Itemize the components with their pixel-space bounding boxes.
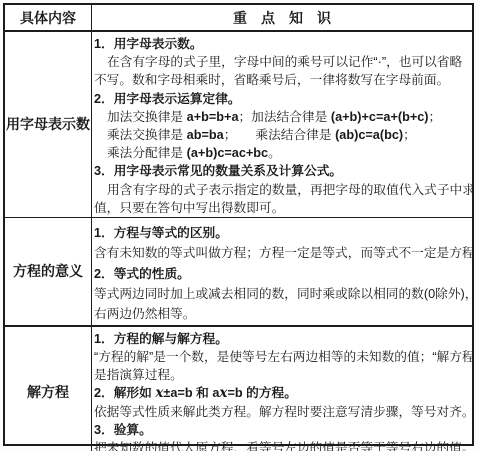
section-content: 1．方程的解与解方程。“方程的解”是一个数，是使等号左右两边相等的未知数的值；“…: [92, 327, 472, 451]
text-line: 乘法交换律是 ab=ba； 乘法结合律是 (ab)c=a(bc)；: [94, 126, 471, 144]
bold-text: a+b=b+a: [187, 110, 239, 124]
bold-text: ab=ba: [187, 128, 224, 142]
body-text: 在含有字母的式子里，字母中间的乘号可以记作“·”，也可以省略: [107, 55, 462, 69]
body-text: 把未知数的值代人原方程，看等号左边的值是否等于等号右边的值。: [94, 441, 472, 451]
header-specific-content: 具体内容: [5, 5, 92, 30]
text-line: 2．解形如 x±a=b 和 ax=b 的方程。: [94, 384, 471, 402]
body-text: 不写。数和字母相乘时，省略乘号后，一律将数写在字母前面。: [94, 73, 449, 87]
text-line: 用含有字母的式子表示指定的数量，再把字母的取值代入式子中求: [94, 181, 471, 199]
text-line: 1．方程的解与解方程。: [94, 330, 471, 348]
bold-text: 1．方程的解与解方程。: [94, 332, 228, 346]
body-text: ；: [403, 128, 416, 142]
text-line: 乘法分配律是 (a+b)c=ac+bc。: [94, 144, 471, 162]
header-key-knowledge: 重 点 知 识: [92, 5, 472, 30]
body-text: 用含有字母的式子表示指定的数量，再把字母的取值代入式子中求: [107, 183, 472, 197]
text-line: 1．用字母表示数。: [94, 35, 471, 53]
bold-text: (a+b)+c=a+(b+c): [331, 110, 429, 124]
section-content: 1．方程与等式的区别。含有未知数的等式叫做方程；方程一定是等式，而等式不一定是方…: [92, 218, 472, 325]
section-label: 用字母表示数: [5, 32, 92, 217]
body-text: 。: [268, 146, 281, 160]
body-text: ；: [429, 110, 442, 124]
bold-text: =b 的方程。: [227, 386, 296, 400]
text-line: 在含有字母的式子里，字母中间的乘号可以记作“·”，也可以省略: [94, 53, 471, 71]
bold-text: 1．用字母表示数。: [94, 37, 203, 51]
body-text: 乘法交换律是: [107, 128, 187, 142]
body-text: 加法交换律是: [107, 110, 187, 124]
text-line: 含有未知数的等式叫做方程；方程一定是等式，而等式不一定是方程。: [94, 243, 471, 263]
body-text: 是指演算过程。: [94, 368, 183, 382]
body-text: 等式两边同时加上或减去相同的数，同时乘或除以相同的数(0除外)，左: [94, 287, 472, 301]
text-line: 等式两边同时加上或减去相同的数，同时乘或除以相同的数(0除外)，左: [94, 284, 471, 304]
text-line: 2．等式的性质。: [94, 264, 471, 284]
body-text: 含有未知数的等式叫做方程；方程一定是等式，而等式不一定是方程。: [94, 246, 472, 260]
text-line: 2．用字母表示运算定律。: [94, 90, 471, 108]
bold-text: 2．解形如: [94, 386, 155, 400]
bold-text: ±a=b 和 a: [163, 386, 219, 400]
section-label: 解方程: [5, 327, 92, 451]
knowledge-summary-table: 具体内容 重 点 知 识 用字母表示数 1．用字母表示数。在含有字母的式子里，字…: [3, 3, 474, 446]
body-text: 右两边仍然相等。: [94, 307, 196, 321]
body-text: ；加法结合律是: [239, 110, 331, 124]
text-line: 3．验算。: [94, 421, 471, 439]
bold-text: 1．方程与等式的区别。: [94, 226, 228, 240]
text-line: 加法交换律是 a+b=b+a；加法结合律是 (a+b)+c=a+(b+c)；: [94, 108, 471, 126]
section-label: 方程的意义: [5, 218, 92, 325]
text-line: 右两边仍然相等。: [94, 304, 471, 324]
text-line: 不写。数和字母相乘时，省略乘号后，一律将数写在字母前面。: [94, 71, 471, 89]
section-content: 1．用字母表示数。在含有字母的式子里，字母中间的乘号可以记作“·”，也可以省略不…: [92, 32, 472, 217]
bold-text: (a+b)c=ac+bc: [187, 146, 268, 160]
text-line: 把未知数的值代人原方程，看等号左边的值是否等于等号右边的值。: [94, 439, 471, 451]
bold-text: 2．用字母表示运算定律。: [94, 92, 241, 106]
body-text: ； 乘法结合律是: [224, 128, 335, 142]
bold-text: (ab)c=a(bc): [335, 128, 403, 142]
bold-text: 2．等式的性质。: [94, 267, 190, 281]
text-line: 1．方程与等式的区别。: [94, 223, 471, 243]
bold-text: 3．验算。: [94, 423, 152, 437]
body-text: 依据等式性质来解此类方程。解方程时要注意写清步骤，等号对齐。: [94, 405, 472, 419]
body-text: “方程的解”是一个数，是使等号左右两边相等的未知数的值；“解方程”: [94, 350, 472, 364]
body-text: 值，只要在答句中写出得数即可。: [94, 201, 284, 215]
section-row-meaning-of-equations: 方程的意义 1．方程与等式的区别。含有未知数的等式叫做方程；方程一定是等式，而等…: [5, 217, 472, 325]
bold-text: 3．用字母表示常见的数量关系及计算公式。: [94, 164, 342, 178]
text-line: “方程的解”是一个数，是使等号左右两边相等的未知数的值；“解方程”: [94, 348, 471, 366]
section-row-solving-equations: 解方程 1．方程的解与解方程。“方程的解”是一个数，是使等号左右两边相等的未知数…: [5, 325, 472, 451]
body-text: 乘法分配律是: [107, 146, 187, 160]
text-line: 3．用字母表示常见的数量关系及计算公式。: [94, 162, 471, 180]
text-line: 值，只要在答句中写出得数即可。: [94, 199, 471, 217]
text-line: 依据等式性质来解此类方程。解方程时要注意写清步骤，等号对齐。: [94, 403, 471, 421]
text-line: 是指演算过程。: [94, 366, 471, 384]
section-row-letters-represent-numbers: 用字母表示数 1．用字母表示数。在含有字母的式子里，字母中间的乘号可以记作“·”…: [5, 32, 472, 217]
table-header-row: 具体内容 重 点 知 识: [5, 5, 472, 32]
